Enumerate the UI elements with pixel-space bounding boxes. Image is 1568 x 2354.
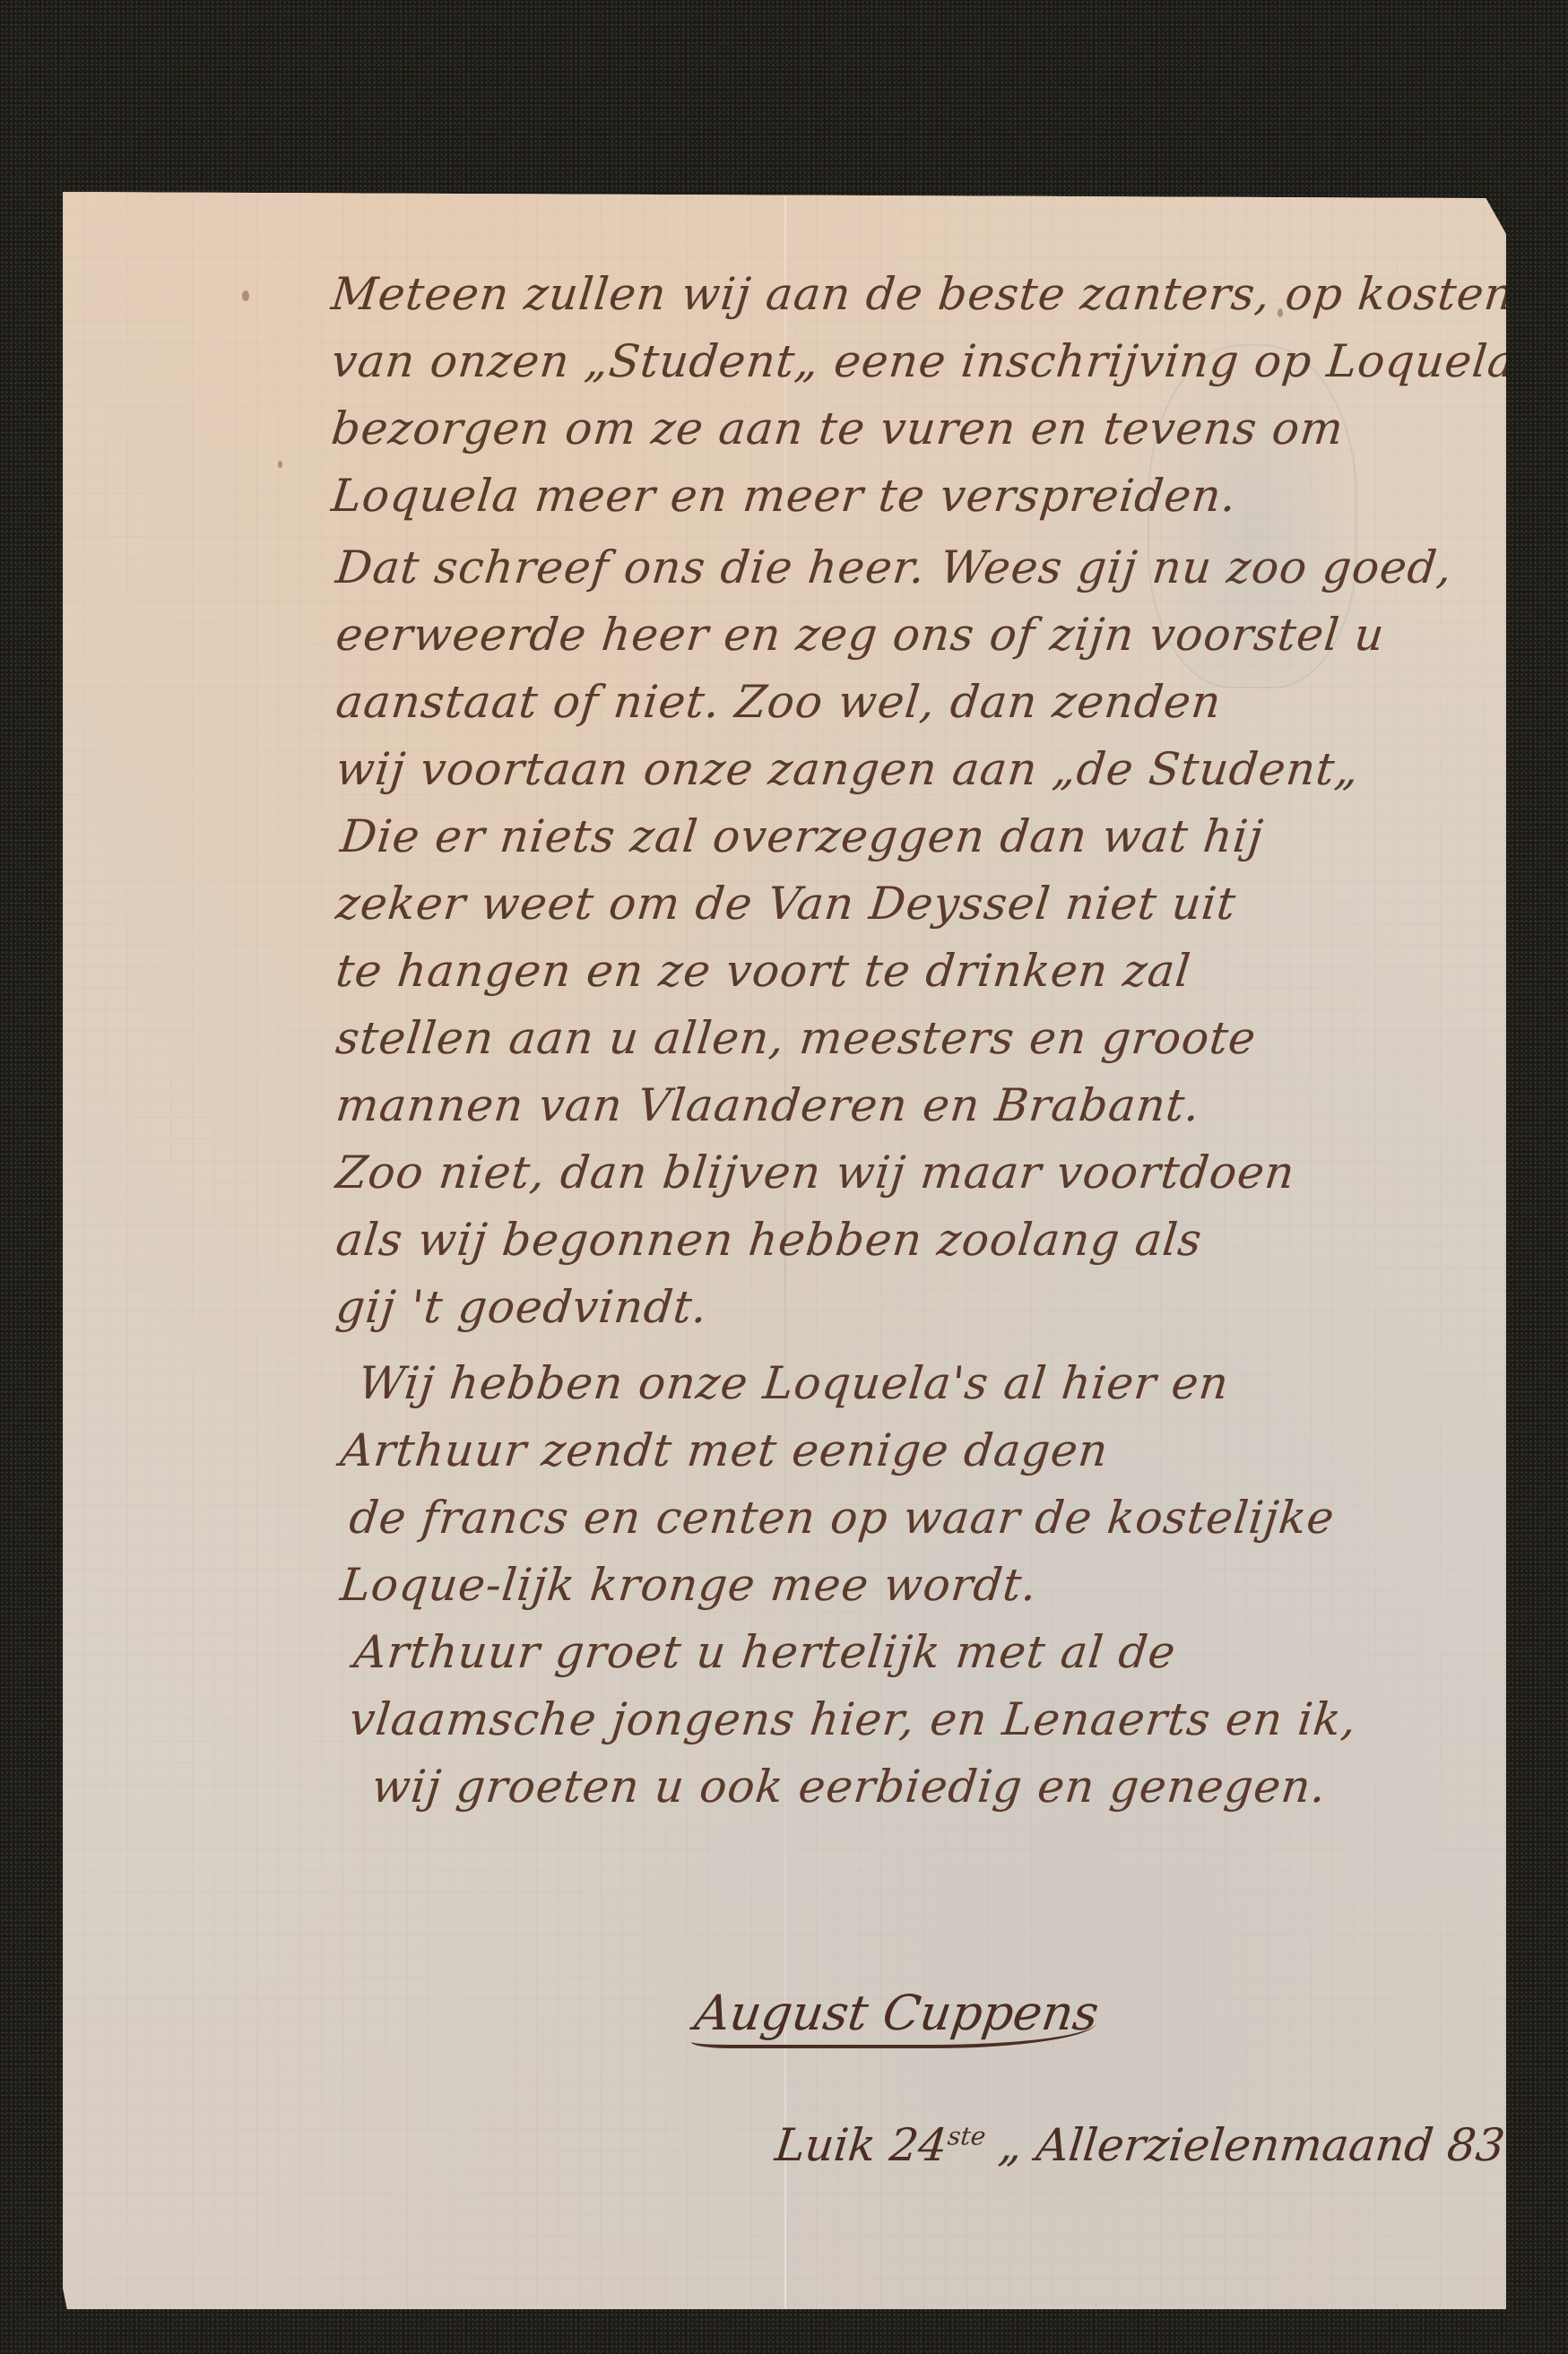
date-month-year: „ Allerzielenmaand 83.: [996, 2119, 1521, 2171]
place-date-line: Luik 24ste „ Allerzielenmaand 83.: [773, 2119, 1521, 2171]
signature: August Cuppens: [690, 1985, 1102, 2048]
letter-line: Dat schreef ons die heer. Wees gij nu zo…: [334, 541, 1455, 593]
letter-paper: Meteen zullen wij aan de beste zanters, …: [63, 192, 1506, 2309]
date-day: 24: [888, 2119, 950, 2171]
letter-line: zeker weet om de Van Deyssel niet uit: [334, 878, 1239, 930]
letter-line: wij voortaan onze zangen aan „de Student…: [334, 743, 1362, 795]
letter-line: gij 't goedvindt.: [334, 1281, 710, 1333]
letter-line: eerweerde heer en zeg ons of zijn voorst…: [334, 609, 1387, 661]
letter-line: mannen van Vlaanderen en Brabant.: [334, 1079, 1203, 1131]
letter-line: te hangen en ze voort te drinken zal: [334, 945, 1193, 997]
letter-line: Arthuur groet u hertelijk met al de: [351, 1626, 1179, 1678]
letter-line: vlaamsche jongens hier, en Lenaerts en i…: [347, 1693, 1359, 1745]
place: Luik: [773, 2119, 879, 2171]
letter-line: wij groeten u ook eerbiedig en genegen.: [369, 1761, 1329, 1813]
letter-line: bezorgen om ze aan te vuren en tevens om: [329, 402, 1347, 454]
letter-line: de francs en centen op waar de kostelijk…: [347, 1492, 1338, 1544]
letter-line: Loquela meer en meer te verspreiden.: [329, 470, 1240, 522]
letter-line: aanstaat of niet. Zoo wel, dan zenden: [334, 676, 1224, 728]
letter-line: Arthuur zendt met eenige dagen: [338, 1424, 1111, 1476]
letter-line: als wij begonnen hebben zoolang als: [334, 1214, 1205, 1266]
date-suffix: ste: [947, 2121, 988, 2151]
letter-line: Meteen zullen wij aan de beste zanters, …: [329, 268, 1517, 320]
letter-line: Wij hebben onze Loquela's al hier en: [356, 1357, 1232, 1409]
letter-line: Loque-lijk kronge mee wordt.: [338, 1559, 1040, 1611]
letter-line: Die er niets zal overzeggen dan wat hij: [338, 810, 1266, 862]
letter-line: van onzen „Student„ eene inschrijving op…: [329, 335, 1518, 387]
letter-line: Zoo niet, dan blijven wij maar voortdoen: [334, 1147, 1297, 1199]
letter-line: stellen aan u allen, meesters en groote: [334, 1012, 1259, 1064]
